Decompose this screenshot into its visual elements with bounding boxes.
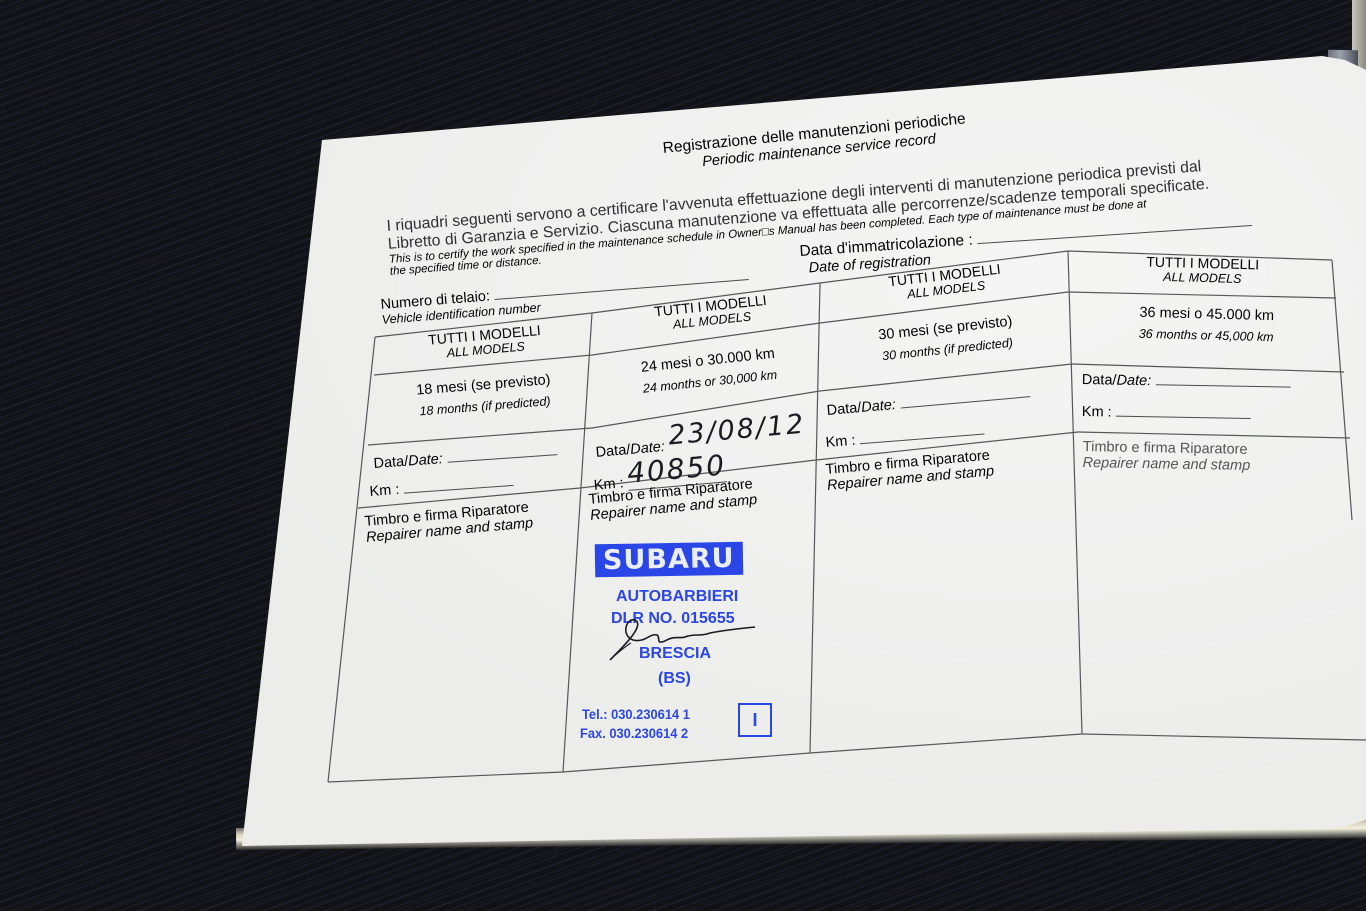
stamp-dealer-name: AUTOBARBIERI: [616, 588, 738, 606]
col4-interval: 36 mesi o 45.000 km 36 months or 45,000 …: [1111, 304, 1302, 345]
col4-km-input[interactable]: [1116, 416, 1251, 419]
date-label-en: Date:: [408, 451, 444, 469]
col4-date-field: Data/Date:: [1082, 371, 1291, 393]
col4-header: TUTTI I MODELLI ALL MODELS: [1127, 253, 1278, 287]
date-label-en: Date:: [861, 397, 897, 416]
col1-stamp-area[interactable]: [345, 560, 555, 760]
col4-km-field: Km :: [1082, 403, 1252, 424]
km-label: Km :: [369, 482, 400, 500]
km-label: Km :: [1082, 404, 1112, 421]
stamp-province: (BS): [658, 670, 691, 688]
date-label: Data/: [373, 454, 409, 472]
col4-stamp-label: Timbro e firma Riparatore Repairer name …: [1082, 439, 1250, 474]
date-label-en: Date:: [1116, 373, 1151, 390]
col3-stamp-area[interactable]: [820, 510, 1070, 740]
date-label: Data/: [1082, 372, 1117, 389]
repairer-signature: [605, 615, 765, 665]
col4-date-input[interactable]: [1156, 384, 1291, 387]
stamp-brand-logo: SUBARU: [595, 542, 743, 578]
stamp-label-en: Repairer name and stamp: [1082, 455, 1250, 474]
km-label: Km :: [825, 433, 856, 451]
col4-stamp-area[interactable]: [1085, 490, 1345, 730]
stamp-tel: Tel.: 030.230614 1: [582, 706, 690, 722]
date-label: Data/: [826, 400, 862, 419]
stamp-fax: Fax. 030.230614 2: [580, 725, 688, 741]
stamp-box-mark: I: [738, 703, 772, 737]
